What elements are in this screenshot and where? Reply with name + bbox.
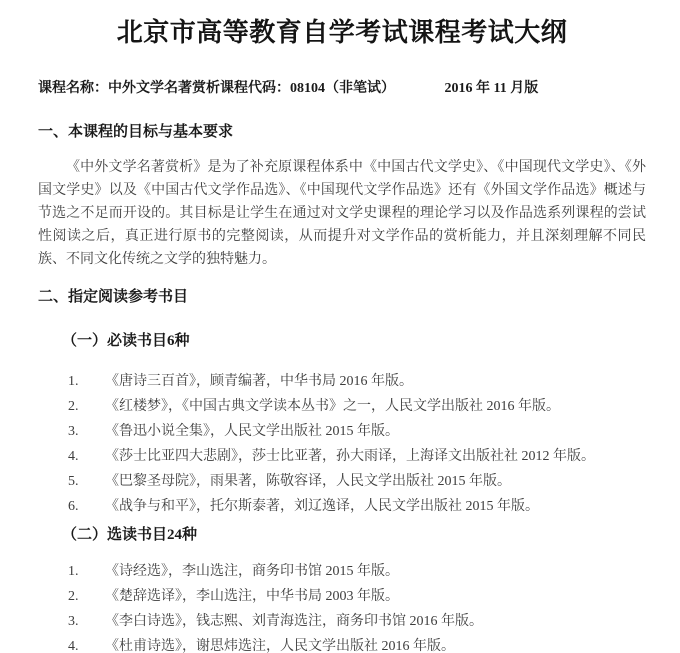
list-item-number: 1. bbox=[68, 559, 105, 584]
list-item-text: 《莎士比亚四大悲剧》，莎士比亚著，孙大雨译，上海译文出版社社 2012 年版。 bbox=[105, 449, 595, 464]
optional-books-list: 1.《诗经选》，李山选注，商务印书馆 2015 年版。 2.《楚辞选译》，李山选… bbox=[38, 559, 646, 653]
section-1-paragraph: 《中外文学名著赏析》是为了补充原课程体系中《中国古代文学史》、《中国现代文学史》… bbox=[38, 156, 646, 271]
list-item-text: 《杜甫诗选》，谢思炜选注，人民文学出版社 2016 年版。 bbox=[105, 639, 455, 653]
course-meta-line: 课程名称：中外文学名著赏析课程代码：08104（非笔试） 2016 年 11 月… bbox=[38, 80, 646, 98]
required-books-list: 1.《唐诗三百首》，顾青编著，中华书局 2016 年版。 2.《红楼梦》，《中国… bbox=[38, 369, 646, 519]
list-item-number: 2. bbox=[68, 584, 105, 609]
list-item-number: 6. bbox=[68, 494, 105, 519]
required-books-subheading: （一）必读书目6种 bbox=[62, 331, 646, 351]
list-item-number: 4. bbox=[68, 634, 105, 653]
list-item-text: 《楚辞选译》，李山选注，中华书局 2003 年版。 bbox=[105, 589, 399, 604]
list-item-number: 1. bbox=[68, 369, 105, 394]
section-2-heading: 二、指定阅读参考书目 bbox=[38, 287, 646, 307]
list-item: 2.《红楼梦》，《中国古典文学读本丛书》之一，人民文学出版社 2016 年版。 bbox=[68, 394, 646, 419]
list-item-text: 《巴黎圣母院》，雨果著，陈敬容译，人民文学出版社 2015 年版。 bbox=[105, 474, 511, 489]
list-item: 3.《鲁迅小说全集》，人民文学出版社 2015 年版。 bbox=[68, 419, 646, 444]
list-item: 4.《莎士比亚四大悲剧》，莎士比亚著，孙大雨译，上海译文出版社社 2012 年版… bbox=[68, 444, 646, 469]
section-1-heading: 一、本课程的目标与基本要求 bbox=[38, 122, 646, 142]
page-title: 北京市高等教育自学考试课程考试大纲 bbox=[38, 16, 646, 50]
list-item-text: 《唐诗三百首》，顾青编著，中华书局 2016 年版。 bbox=[105, 374, 413, 389]
list-item-text: 《诗经选》，李山选注，商务印书馆 2015 年版。 bbox=[105, 564, 399, 579]
list-item: 2.《楚辞选译》，李山选注，中华书局 2003 年版。 bbox=[68, 584, 646, 609]
list-item: 1.《诗经选》，李山选注，商务印书馆 2015 年版。 bbox=[68, 559, 646, 584]
list-item-number: 3. bbox=[68, 609, 105, 634]
course-name-code: 课程名称：中外文学名著赏析课程代码：08104（非笔试） bbox=[38, 81, 395, 96]
list-item: 5.《巴黎圣母院》，雨果著，陈敬容译，人民文学出版社 2015 年版。 bbox=[68, 469, 646, 494]
list-item-number: 4. bbox=[68, 444, 105, 469]
edition-label: 2016 年 11 月版 bbox=[445, 80, 539, 98]
list-item-number: 3. bbox=[68, 419, 105, 444]
optional-books-subheading: （二）选读书目24种 bbox=[62, 525, 646, 545]
list-item-number: 5. bbox=[68, 469, 105, 494]
list-item-text: 《战争与和平》，托尔斯泰著，刘辽逸译，人民文学出版社 2015 年版。 bbox=[105, 499, 539, 514]
list-item-text: 《红楼梦》，《中国古典文学读本丛书》之一，人民文学出版社 2016 年版。 bbox=[105, 399, 560, 414]
list-item: 3.《李白诗选》，钱志熙、刘青海选注，商务印书馆 2016 年版。 bbox=[68, 609, 646, 634]
list-item: 1.《唐诗三百首》，顾青编著，中华书局 2016 年版。 bbox=[68, 369, 646, 394]
list-item-text: 《李白诗选》，钱志熙、刘青海选注，商务印书馆 2016 年版。 bbox=[105, 614, 483, 629]
list-item-number: 2. bbox=[68, 394, 105, 419]
list-item: 4.《杜甫诗选》，谢思炜选注，人民文学出版社 2016 年版。 bbox=[68, 634, 646, 653]
list-item-text: 《鲁迅小说全集》，人民文学出版社 2015 年版。 bbox=[105, 424, 399, 439]
list-item: 6.《战争与和平》，托尔斯泰著，刘辽逸译，人民文学出版社 2015 年版。 bbox=[68, 494, 646, 519]
